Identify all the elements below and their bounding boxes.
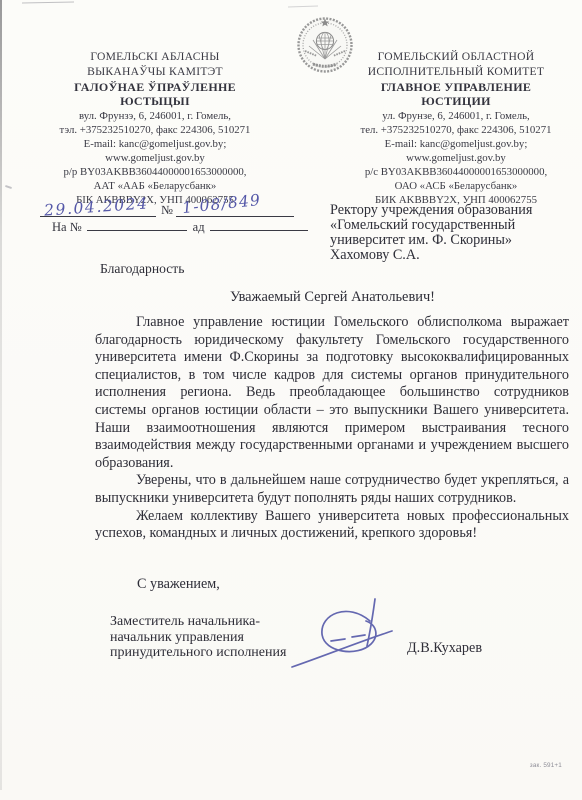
signer-position-line: принудительного исполнения: [110, 645, 286, 661]
reply-number-label: На №: [52, 220, 82, 234]
signer-position-block: Заместитель начальника- начальник управл…: [110, 614, 286, 661]
letter-body: Главное управление юстиции Гомельского о…: [95, 314, 569, 543]
number-sign: №: [161, 203, 173, 218]
print-order-note: зак. 591+1: [530, 762, 562, 768]
salutation: Уважаемый Сергей Анатольевич!: [230, 289, 435, 306]
recipient-line: Ректору учреждения образования: [330, 203, 582, 218]
letterhead-left: ГОМЕЛЬСКІ АБЛАСНЫ ВЫКАНАЎЧЫ КАМІТЭТ ГАЛО…: [30, 50, 280, 207]
scan-mark-artifact: [288, 5, 318, 7]
org-name-line: ИСПОЛНИТЕЛЬНЫЙ КОМИТЕТ: [330, 65, 582, 80]
scan-edge-artifact: [0, 0, 2, 790]
closing-phrase: С уважением,: [137, 576, 220, 593]
body-paragraph: Уверены, что в дальнейшем наше сотруднич…: [95, 472, 569, 507]
reply-reference-row: На №ад: [52, 218, 308, 235]
department-name-line: ГЛАВНОЕ УПРАВЛЕНИЕ: [330, 80, 582, 95]
scanned-letter: ГОМЕЛЬСКІ АБЛАСНЫ ВЫКАНАЎЧЫ КАМІТЭТ ГАЛО…: [0, 0, 582, 800]
recipient-line: «Гомельский государственный: [330, 218, 582, 233]
letterhead-address-line: вул. Фрунзэ, 6, 246001, г. Гомель,: [30, 109, 280, 123]
recipient-block: Ректору учреждения образования «Гомельск…: [330, 203, 582, 263]
recipient-name-line: Хахомову С.А.: [330, 248, 582, 263]
letterhead-email-line: E-mail: kanc@gomeljust.gov.by;: [330, 137, 582, 151]
letterhead-address-line: тел. +375232510270, факс 224306, 510271: [330, 123, 582, 137]
signer-position-line: Заместитель начальника-: [110, 614, 286, 630]
letterhead-website-line: www.gomeljust.gov.by: [30, 151, 280, 165]
body-paragraph: Главное управление юстиции Гомельского о…: [95, 314, 569, 472]
reply-date-blank: [210, 218, 308, 231]
handwritten-signature: [286, 594, 400, 672]
recipient-line: университет им. Ф. Скорины»: [330, 233, 582, 248]
body-paragraph: Желаем коллективу Вашего университета но…: [95, 508, 569, 543]
reply-from-label: ад: [193, 220, 205, 234]
org-name-line: ГОМЕЛЬСКІ АБЛАСНЫ: [30, 50, 280, 65]
letterhead-account-line: р/р BY03AKBB36044000001653000000,: [30, 165, 280, 179]
department-name-line: ЮСТЫЦЫІ: [30, 94, 280, 109]
department-name-line: ГАЛОЎНАЕ ЎПРАЎЛЕННЕ: [30, 80, 280, 95]
department-name-line: ЮСТИЦИИ: [330, 94, 582, 109]
document-type-title: Благодарность: [100, 261, 184, 277]
org-name-line: ГОМЕЛЬСКИЙ ОБЛАСТНОЙ: [330, 50, 582, 65]
letterhead-bank-line: ААТ «ААБ «Беларусбанк»: [30, 179, 280, 193]
letterhead-bank-line: ОАО «АСБ «Беларусбанк»: [330, 179, 582, 193]
signer-name: Д.В.Кухарев: [407, 640, 482, 657]
signer-position-line: начальник управления: [110, 630, 286, 646]
reply-number-blank: [87, 218, 187, 231]
letterhead-email-line: E-mail: kanc@gomeljust.gov.by;: [30, 137, 280, 151]
scan-mark-artifact: [5, 185, 12, 189]
org-name-line: ВЫКАНАЎЧЫ КАМІТЭТ: [30, 65, 280, 80]
letterhead-account-line: р/с BY03AKBB36044000001653000000,: [330, 165, 582, 179]
letterhead-right: ГОМЕЛЬСКИЙ ОБЛАСТНОЙ ИСПОЛНИТЕЛЬНЫЙ КОМИ…: [330, 50, 582, 207]
letterhead-address-line: тэл. +375232510270, факс 224306, 510271: [30, 123, 280, 137]
letterhead-address-line: ул. Фрунзе, 6, 246001, г. Гомель,: [330, 109, 582, 123]
letterhead-website-line: www.gomeljust.gov.by: [330, 151, 582, 165]
scan-mark-artifact: [22, 2, 74, 4]
